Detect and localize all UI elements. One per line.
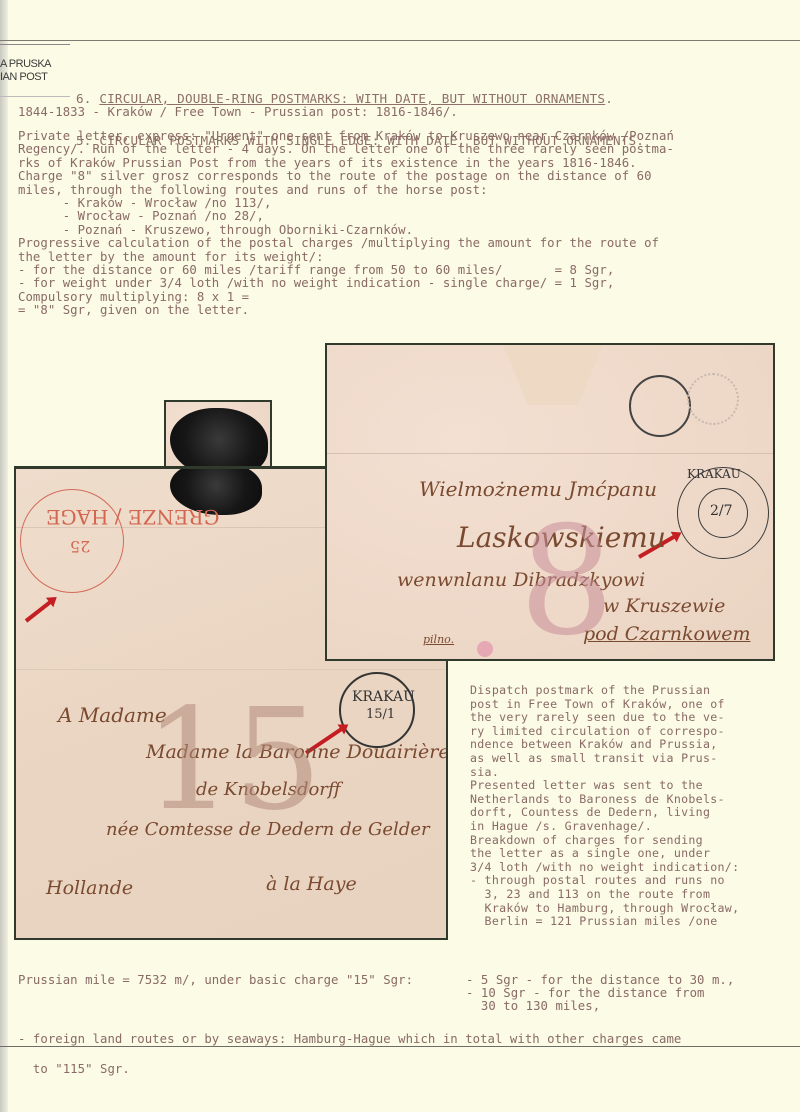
intro-line: - Poznań - Kruszewo, through Oborniki-Cz… [18, 224, 674, 237]
address-line: w Kruszewie [603, 595, 725, 617]
intro-line: miles, through the following routes and … [18, 184, 674, 197]
prussian-mile-line: Prussian mile = 7532 m/, under basic cha… [18, 974, 413, 987]
description-line: Presented letter was sent to the [470, 779, 739, 793]
intro-line: - for the distance or 60 miles /tariff r… [18, 264, 674, 277]
wax-seal [170, 408, 268, 472]
address-line: à la Haye [266, 873, 357, 895]
description-line: as well as small transit via Prus- [470, 752, 739, 766]
krakau-postmark-date: 2/7 [710, 503, 733, 519]
section-logo: A PRUSKA IAN POST [0, 58, 68, 84]
description-line: ry limited circulation of correspo- [470, 725, 739, 739]
logo-bottom-divider [0, 96, 70, 97]
heading-line-1: 6. CIRCULAR, DOUBLE-RING POSTMARKS: WITH… [76, 92, 644, 106]
intro-line: Progressive calculation of the postal ch… [18, 237, 674, 250]
back-postmark [629, 375, 691, 437]
intro-line: Charge "8" silver grosz corresponds to t… [18, 170, 674, 183]
intro-line: the letter by the amount for its weight/… [18, 251, 674, 264]
krakau-postmark-text: KRAKAU [687, 467, 741, 481]
intro-line: - Wrocław - Poznań /no 28/, [18, 210, 674, 223]
krakau-postmark-date: 15/1 [366, 707, 395, 722]
page-edge-shadow [0, 0, 8, 1112]
description-line: Dispatch postmark of the Prussian [470, 684, 739, 698]
intro-line: Private letter, express: "Urgent" one se… [18, 130, 674, 143]
charge-mark-kruszewo: 8 [519, 495, 614, 661]
logo-line-2: IAN POST [0, 71, 68, 84]
logo-top-divider [0, 44, 70, 45]
foreign-routes-line: - foreign land routes or by seaways: Ham… [18, 1014, 681, 1084]
description-line: 3/4 loth /with no weight indication/: [470, 861, 739, 875]
description-line: sia. [470, 766, 739, 780]
period-line: 1844-1833 - Kraków / Free Town - Prussia… [18, 106, 458, 119]
description-line: Breakdown of charges for sending [470, 834, 739, 848]
intro-line: = "8" Sgr, given on the letter. [18, 304, 674, 317]
intro-line: Regency/. Run of the letter - 4 days. On… [18, 143, 674, 156]
urgent-note: pilno. [423, 633, 454, 646]
faint-postmark [687, 373, 739, 425]
red-postmark-text: GRENZE / HAGE [46, 505, 220, 529]
postmark-description: Dispatch postmark of the Prussianpost in… [470, 684, 739, 929]
country-line: Hollande [46, 877, 133, 899]
charge-line: 30 to 130 miles, [466, 1000, 734, 1013]
description-line: Netherlands to Baroness de Knobels- [470, 793, 739, 807]
description-line: - through postal routes and runs no [470, 874, 739, 888]
intro-paragraph: Private letter, express: "Urgent" one se… [18, 130, 674, 318]
top-rule [0, 40, 800, 41]
description-line: ndence between Kraków and Prussia, [470, 738, 739, 752]
description-line: in Hague /s. Gravenhage/. [470, 820, 739, 834]
intro-line: - for weight under 3/4 loth /with no wei… [18, 277, 674, 290]
charge-mark-hague: 15 [144, 679, 322, 842]
krakau-postmark-text: KRAKAU [352, 689, 415, 705]
description-line: the letter as a single one, under [470, 847, 739, 861]
red-postmark-date: 25 [70, 537, 90, 556]
letter-image-kruszewo: KRAKAU 2/7 Wielmożnemu Jmćpanu Laskowski… [325, 343, 775, 661]
description-line: Berlin = 121 Prussian miles /one [470, 915, 739, 929]
charge-breakdown: - 5 Sgr - for the distance to 30 m.,- 10… [466, 974, 734, 1014]
logo-line-1: A PRUSKA [0, 58, 68, 71]
intro-line: Compulsory multiplying: 8 x 1 = [18, 291, 674, 304]
pink-dot [477, 641, 493, 657]
heading-line-1-text: CIRCULAR, DOUBLE-RING POSTMARKS: WITH DA… [99, 91, 605, 106]
description-line: Kraków to Hamburg, through Wrocław, [470, 902, 739, 916]
description-line: the very rarely seen due to the ve- [470, 711, 739, 725]
description-line: post in Free Town of Kraków, one of [470, 698, 739, 712]
description-line: 3, 23 and 113 on the route from [470, 888, 739, 902]
bottom-rule [0, 1046, 800, 1047]
seal-flap-frame [164, 400, 272, 472]
intro-line: - Kraków - Wrocław /no 113/, [18, 197, 674, 210]
intro-line: rks of Kraków Prussian Post from the yea… [18, 157, 674, 170]
description-line: dorft, Countess de Dedern, living [470, 806, 739, 820]
